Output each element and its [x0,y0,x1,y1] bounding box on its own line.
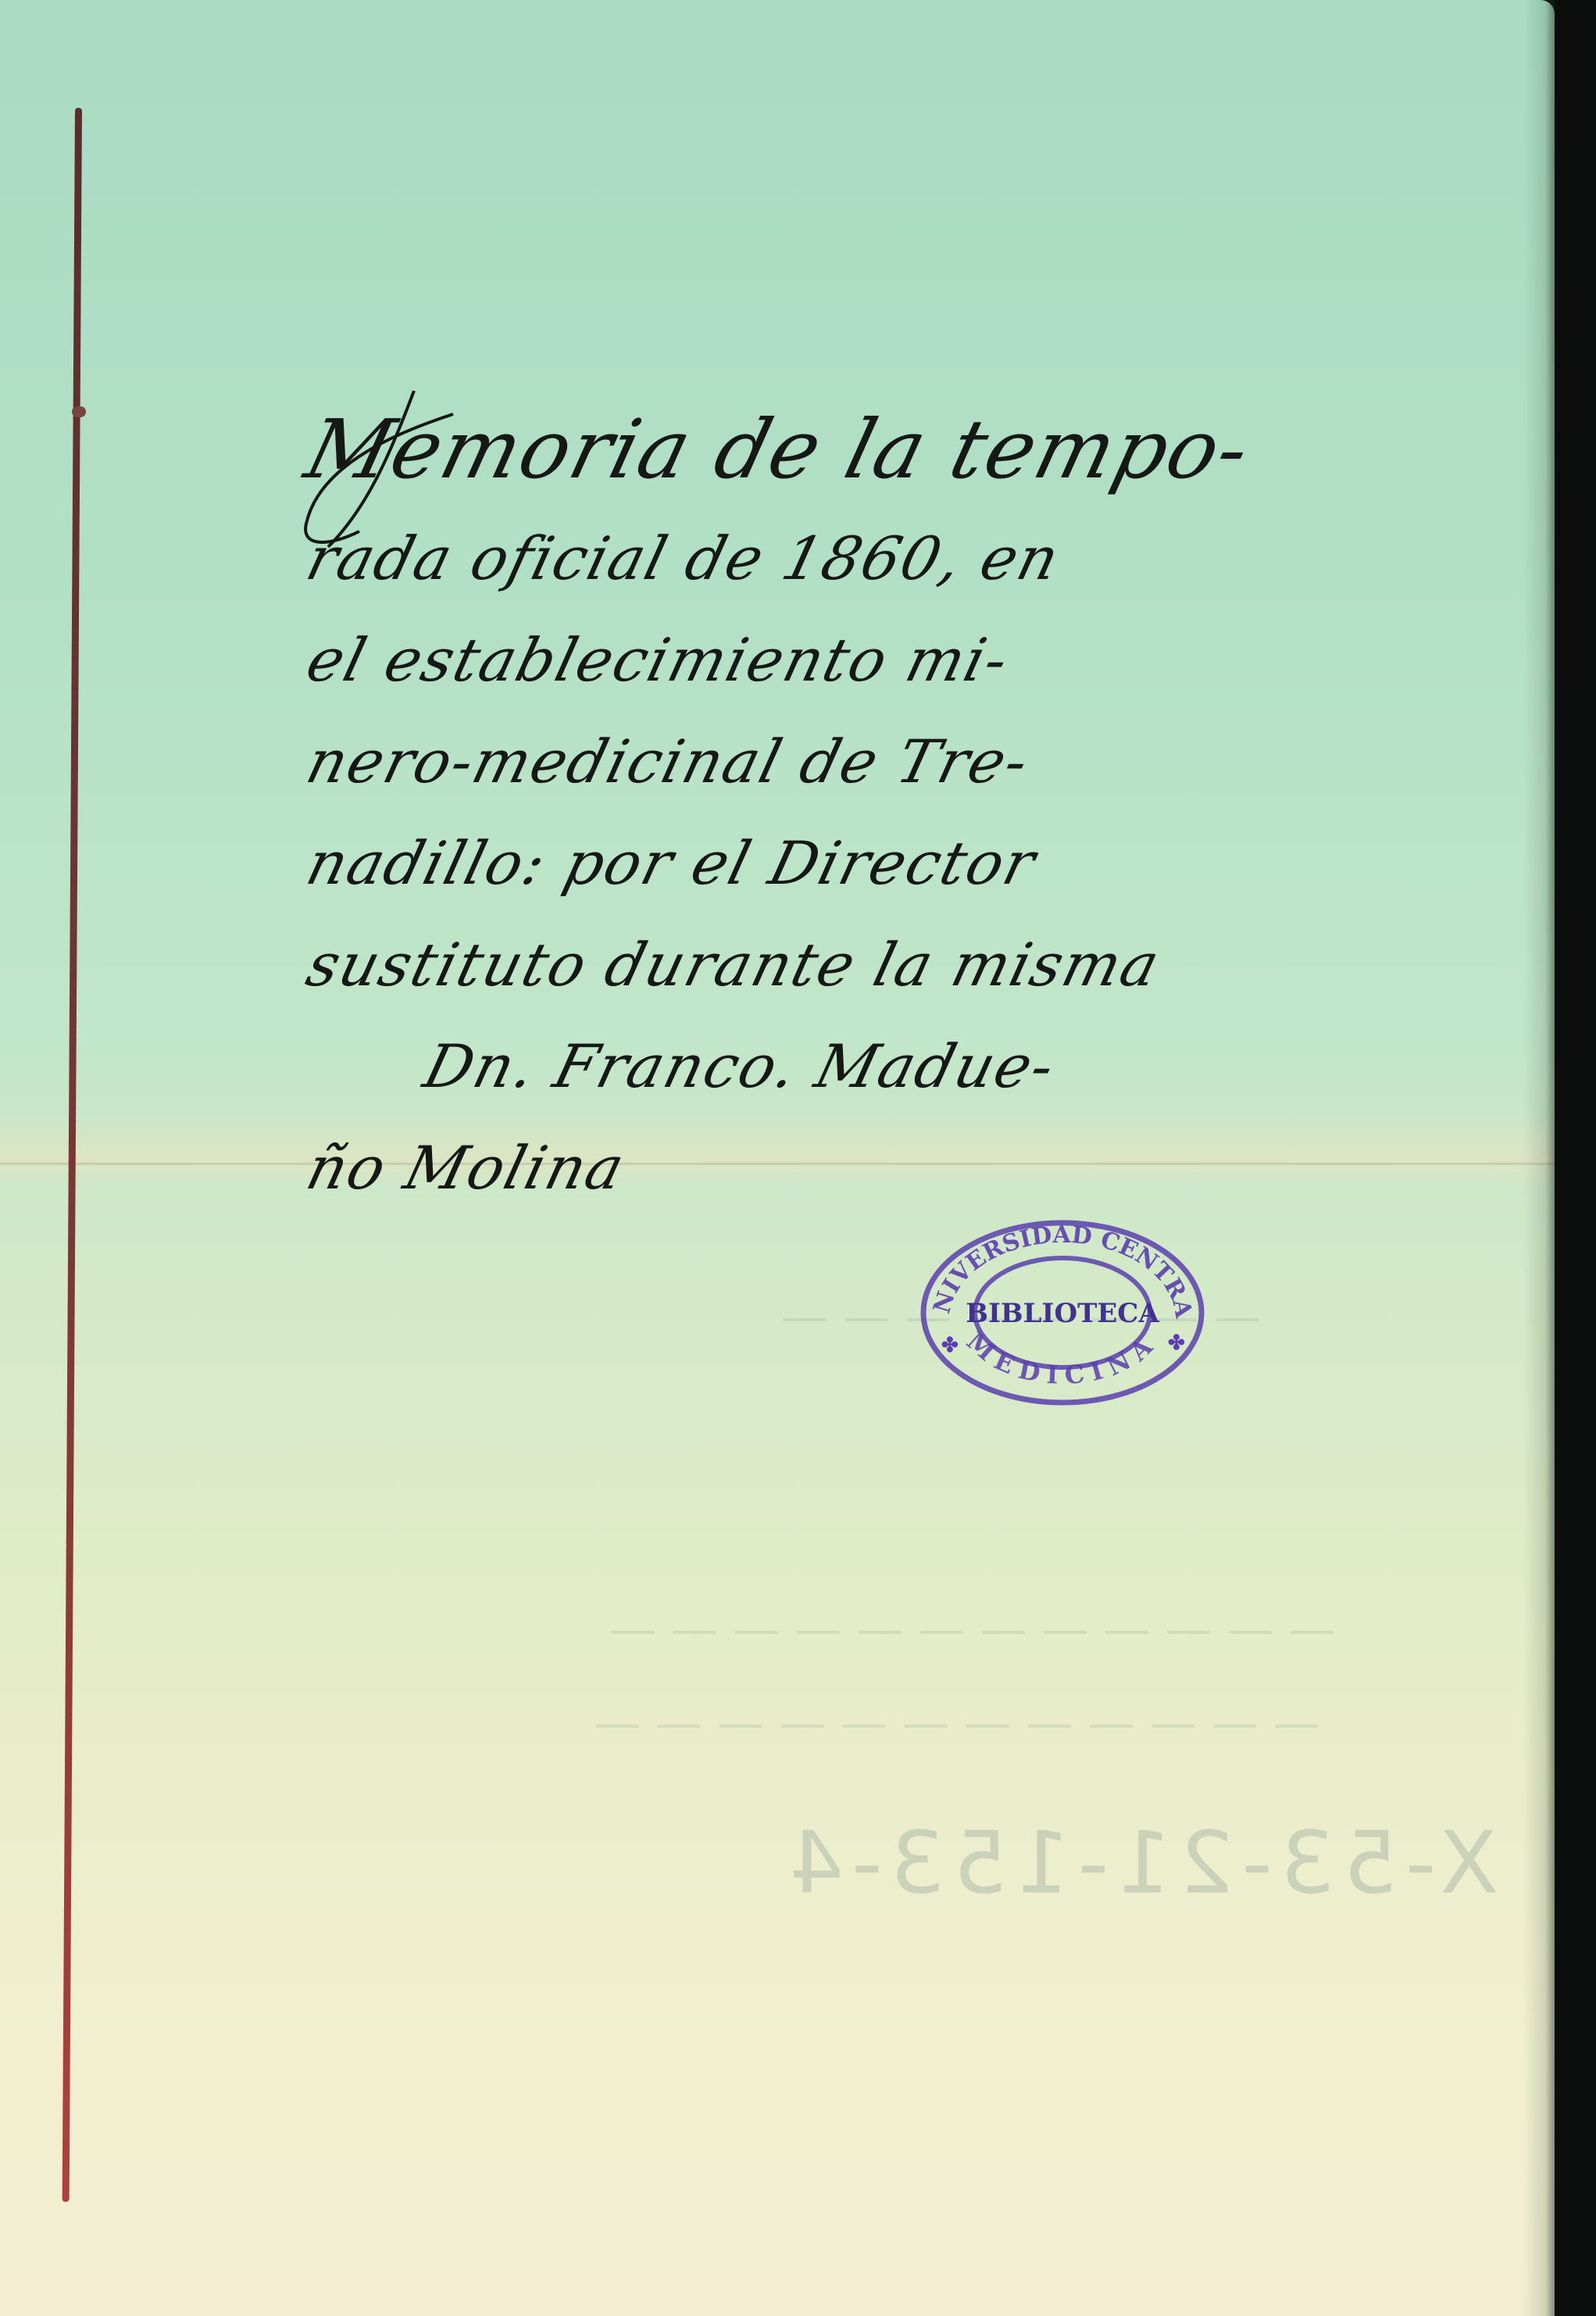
stamp-ornament-icon: ✤ [941,1334,959,1357]
binding-thread [62,108,82,2202]
pencil-shelfmark: X-53-21-153-4 [781,1813,1499,1913]
bleed-through-text: — — — — — — — — — — — — [609,1602,1336,1657]
author-line: ño Molina [296,1117,1243,1219]
title-line: nero-medicinal de Tre- [296,711,1243,813]
stamp-center-text: BIBLIOTECA [966,1298,1159,1329]
stamp-bottom-text: MEDICINA [961,1326,1164,1390]
library-stamp: UNIVERSIDAD CENTRAL BIBLIOTECA MEDICINA … [918,1215,1207,1410]
title-line: Memoria de la tempo- [294,391,1244,508]
bleed-through-text: — — — — — — — — — — — — [594,1696,1320,1750]
title-line: rada oficial de 1860, en [296,508,1243,609]
title-line: sustituto durante la misma [296,914,1243,1016]
title-line: nadillo: por el Director [296,813,1243,914]
binding-knot [72,406,86,417]
manuscript-title: Memoria de la tempo- rada oficial de 186… [309,391,1230,1219]
stamp-ornament-icon: ✤ [1168,1331,1185,1355]
title-line: el establecimiento mi- [296,609,1243,711]
author-line: Dn. Franco. Madue- [296,1016,1243,1117]
manuscript-page: — — — — — — — — — — — — — — — — — — — — … [0,0,1555,2316]
